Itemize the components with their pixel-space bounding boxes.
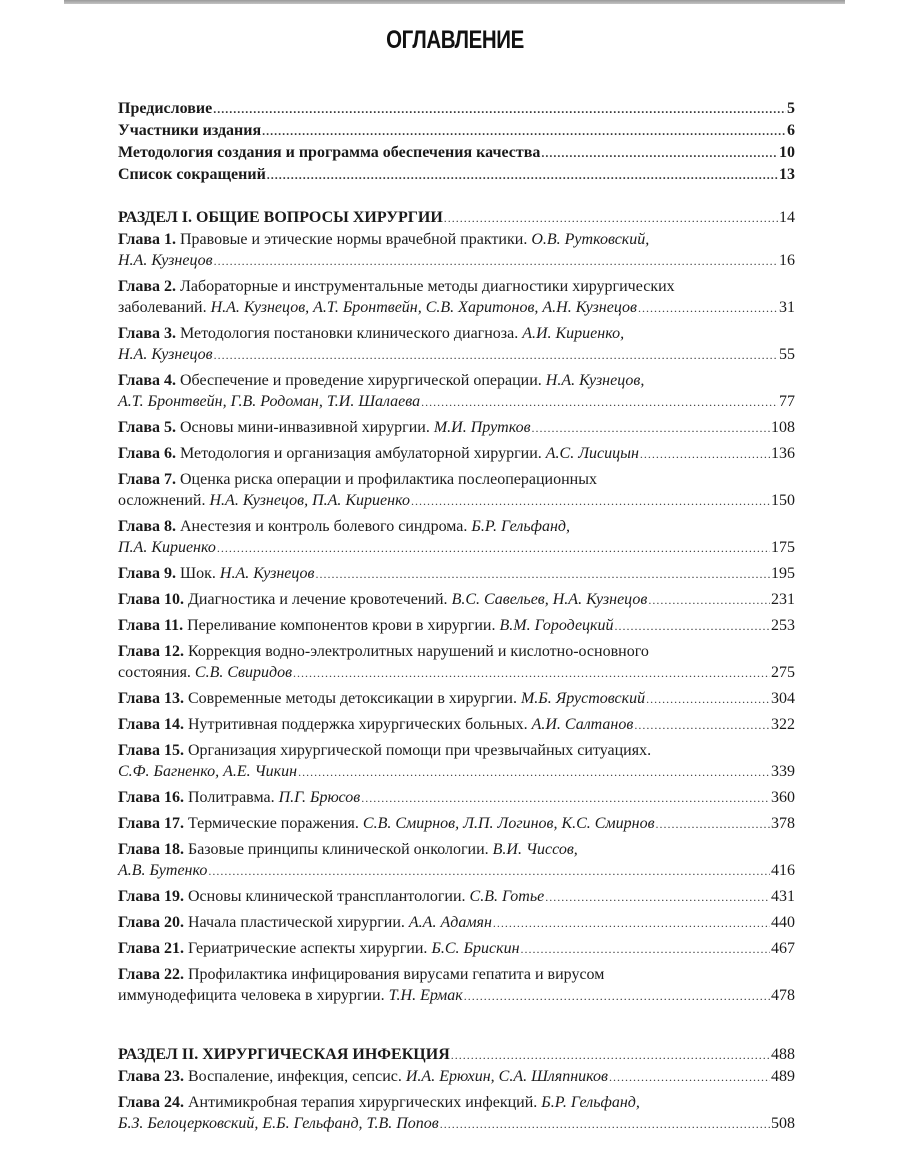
chapter-entry[interactable]: Глава 6. Методология и организация амбул… xyxy=(118,443,795,465)
page-number: 10 xyxy=(779,142,795,163)
toc-line[interactable]: А.В. Бутенко416 xyxy=(118,860,795,882)
chapter-authors: Н.А. Кузнецов, П.А. Кириенко xyxy=(210,492,410,509)
toc-line[interactable]: Глава 20. Начала пластической хирургии. … xyxy=(118,912,795,934)
entry-text: Глава 5. Основы мини-инвазивной хирургии… xyxy=(118,417,531,438)
dot-leader xyxy=(214,345,778,366)
table-of-contents: Предисловие5Участники издания6Методологи… xyxy=(118,98,795,1139)
dot-leader xyxy=(208,861,770,882)
chapter-number: Глава 7. xyxy=(118,471,180,488)
dot-leader xyxy=(451,1045,770,1066)
toc-line[interactable]: Глава 16. Политравма. П.Г. Брюсов360 xyxy=(118,787,795,809)
chapter-title: Оценка риска операции и профилактика пос… xyxy=(180,471,597,488)
toc-line[interactable]: Глава 6. Методология и организация амбул… xyxy=(118,443,795,465)
chapter-authors: Б.З. Белоцерковский, Е.Б. Гельфанд, Т.В.… xyxy=(118,1115,439,1132)
toc-line[interactable]: Глава 23. Воспаление, инфекция, сепсис. … xyxy=(118,1066,795,1088)
top-border xyxy=(64,0,845,4)
page-number: 378 xyxy=(771,813,795,834)
dot-leader xyxy=(267,165,778,186)
front-matter: Предисловие5Участники издания6Методологи… xyxy=(118,98,795,186)
toc-line[interactable]: Участники издания6 xyxy=(118,120,795,142)
chapter-title: Воспаление, инфекция, сепсис. xyxy=(188,1068,406,1085)
entry-text: Глава 23. Воспаление, инфекция, сепсис. … xyxy=(118,1066,608,1087)
entry-text: Н.А. Кузнецов xyxy=(118,250,213,271)
chapter-authors: А.И. Кириенко, xyxy=(522,325,624,342)
chapter-title-cont: осложнений. xyxy=(118,492,210,509)
toc-line[interactable]: Глава 5. Основы мини-инвазивной хирургии… xyxy=(118,417,795,439)
dot-leader xyxy=(609,1067,770,1088)
chapter-authors: С.Ф. Багненко, А.Е. Чикин xyxy=(118,763,297,780)
toc-line[interactable]: Б.З. Белоцерковский, Е.Б. Гельфанд, Т.В.… xyxy=(118,1113,795,1135)
entry-text: Глава 19. Основы клинической транспланто… xyxy=(118,886,544,907)
toc-line[interactable]: Н.А. Кузнецов16 xyxy=(118,250,795,272)
chapter-title: Антимикробная терапия хирургических инфе… xyxy=(188,1094,541,1111)
page-number: 5 xyxy=(787,98,795,119)
chapter-entry[interactable]: Глава 11. Переливание компонентов крови … xyxy=(118,615,795,637)
page-number: 488 xyxy=(771,1044,795,1065)
dot-leader xyxy=(646,689,770,710)
chapter-number: Глава 6. xyxy=(118,445,180,462)
page-number: 253 xyxy=(771,615,795,636)
chapter-number: Глава 1. xyxy=(118,231,180,248)
chapter-entry[interactable]: Глава 8. Анестезия и контроль болевого с… xyxy=(118,516,795,559)
dot-leader xyxy=(640,444,770,465)
dot-leader xyxy=(634,715,770,736)
toc-line[interactable]: осложнений. Н.А. Кузнецов, П.А. Кириенко… xyxy=(118,490,795,512)
entry-text: Глава 10. Диагностика и лечение кровотеч… xyxy=(118,589,647,610)
chapter-title: Шок. xyxy=(180,565,220,582)
chapter-first-line: Глава 8. Анестезия и контроль болевого с… xyxy=(118,516,795,537)
chapter-authors: Б.С. Брискин xyxy=(431,940,519,957)
dot-leader xyxy=(444,208,778,229)
chapter-authors: П.А. Кириенко xyxy=(118,539,216,556)
section-2: РАЗДЕЛ II. ХИРУРГИЧЕСКАЯ ИНФЕКЦИЯ488Глав… xyxy=(118,1044,795,1135)
entry-text: заболеваний. Н.А. Кузнецов, А.Т. Бронтве… xyxy=(118,297,637,318)
chapter-entry[interactable]: Глава 20. Начала пластической хирургии. … xyxy=(118,912,795,934)
dot-leader xyxy=(464,986,770,1007)
entry-label: Список сокращений xyxy=(118,166,266,183)
chapter-entry[interactable]: Глава 16. Политравма. П.Г. Брюсов360 xyxy=(118,787,795,809)
chapter-authors: М.И. Прутков xyxy=(434,419,531,436)
section-1: РАЗДЕЛ I. ОБЩИЕ ВОПРОСЫ ХИРУРГИИ14Глава … xyxy=(118,207,795,1007)
page-number: 108 xyxy=(771,417,795,438)
entry-text: С.Ф. Багненко, А.Е. Чикин xyxy=(118,761,297,782)
dot-leader xyxy=(615,616,770,637)
chapter-first-line: Глава 12. Коррекция водно-электролитных … xyxy=(118,641,795,662)
page-number: 55 xyxy=(779,344,795,365)
chapter-title-cont: иммунодефицита человека в хирургии. xyxy=(118,987,389,1004)
page-number: 322 xyxy=(771,714,795,735)
chapter-first-line: Глава 24. Антимикробная терапия хирургич… xyxy=(118,1092,795,1113)
toc-line[interactable]: Методология создания и программа обеспеч… xyxy=(118,142,795,164)
chapter-authors: С.В. Готье xyxy=(470,888,545,905)
chapter-entry[interactable]: Глава 22. Профилактика инфицирования вир… xyxy=(118,964,795,1007)
toc-line[interactable]: С.Ф. Багненко, А.Е. Чикин339 xyxy=(118,761,795,783)
chapter-entry[interactable]: Глава 9. Шок. Н.А. Кузнецов195 xyxy=(118,563,795,585)
page-number: 416 xyxy=(771,860,795,881)
entry-text: Глава 9. Шок. Н.А. Кузнецов xyxy=(118,563,315,584)
page-number: 31 xyxy=(779,297,795,318)
page-number: 175 xyxy=(771,537,795,558)
chapter-number: Глава 13. xyxy=(118,690,188,707)
page-number: 231 xyxy=(771,589,795,610)
chapter-authors: О.В. Рутковский, xyxy=(531,231,649,248)
dot-leader xyxy=(262,121,786,142)
entry-text: А.Т. Бронтвейн, Г.В. Родоман, Т.И. Шалае… xyxy=(118,391,420,412)
chapter-entry[interactable]: Глава 24. Антимикробная терапия хирургич… xyxy=(118,1092,795,1135)
toc-line[interactable]: иммунодефицита человека в хирургии. Т.Н.… xyxy=(118,985,795,1007)
dot-leader xyxy=(411,491,770,512)
chapter-title: Методология постановки клинического диаг… xyxy=(180,325,522,342)
chapter-title: Коррекция водно-электролитных нарушений … xyxy=(188,643,649,660)
page-number: 150 xyxy=(771,490,795,511)
page-number: 431 xyxy=(771,886,795,907)
section-heading-line[interactable]: РАЗДЕЛ I. ОБЩИЕ ВОПРОСЫ ХИРУРГИИ14 xyxy=(118,207,795,229)
toc-line[interactable]: Н.А. Кузнецов55 xyxy=(118,344,795,366)
chapter-entry[interactable]: Глава 2. Лабораторные и инструментальные… xyxy=(118,276,795,319)
chapter-title: Основы клинической трансплантологии. xyxy=(188,888,470,905)
entry-text: Б.З. Белоцерковский, Е.Б. Гельфанд, Т.В.… xyxy=(118,1113,439,1134)
chapter-title: Лабораторные и инструментальные методы д… xyxy=(180,278,675,295)
chapter-entry[interactable]: Глава 10. Диагностика и лечение кровотеч… xyxy=(118,589,795,611)
toc-line[interactable]: Глава 17. Термические поражения. С.В. См… xyxy=(118,813,795,835)
chapter-authors: В.С. Савельев, Н.А. Кузнецов xyxy=(452,591,648,608)
entry-text: П.А. Кириенко xyxy=(118,537,216,558)
dot-leader xyxy=(217,538,770,559)
entry-text: Глава 20. Начала пластической хирургии. … xyxy=(118,912,492,933)
entry-text: Н.А. Кузнецов xyxy=(118,344,213,365)
chapter-entry[interactable]: Глава 1. Правовые и этические нормы врач… xyxy=(118,229,795,272)
chapter-title: Методология и организация амбулаторной х… xyxy=(180,445,546,462)
chapter-title: Диагностика и лечение кровотечений. xyxy=(188,591,452,608)
chapter-authors: Н.А. Кузнецов xyxy=(118,252,213,269)
chapter-title: Организация хирургической помощи при чре… xyxy=(188,742,651,759)
entry-text: Глава 11. Переливание компонентов крови … xyxy=(118,615,614,636)
dot-leader xyxy=(316,564,771,585)
toc-line[interactable]: Глава 14. Нутритивная поддержка хирургич… xyxy=(118,714,795,736)
toc-line[interactable]: Глава 9. Шок. Н.А. Кузнецов195 xyxy=(118,563,795,585)
chapter-authors: С.В. Свиридов xyxy=(195,664,292,681)
page-number: 467 xyxy=(771,938,795,959)
dot-leader xyxy=(532,418,770,439)
dot-leader xyxy=(493,913,770,934)
chapter-entry[interactable]: Глава 19. Основы клинической транспланто… xyxy=(118,886,795,908)
entry-label: Методология создания и программа обеспеч… xyxy=(118,144,540,161)
dot-leader xyxy=(213,99,786,120)
chapter-title: Анестезия и контроль болевого синдрома. xyxy=(180,518,471,535)
chapter-first-line: Глава 2. Лабораторные и инструментальные… xyxy=(118,276,795,297)
entry-text: Участники издания xyxy=(118,120,261,141)
dot-leader xyxy=(648,590,770,611)
entry-text: А.В. Бутенко xyxy=(118,860,207,881)
entry-text: Глава 17. Термические поражения. С.В. См… xyxy=(118,813,655,834)
chapter-authors: В.И. Чиссов, xyxy=(493,841,578,858)
entry-text: состояния. С.В. Свиридов xyxy=(118,662,292,683)
chapter-number: Глава 18. xyxy=(118,841,188,858)
entry-text: РАЗДЕЛ I. ОБЩИЕ ВОПРОСЫ ХИРУРГИИ xyxy=(118,207,443,228)
chapter-first-line: Глава 7. Оценка риска операции и профила… xyxy=(118,469,795,490)
dot-leader xyxy=(638,298,778,319)
entry-text: Глава 14. Нутритивная поддержка хирургич… xyxy=(118,714,633,735)
section-heading: РАЗДЕЛ I. ОБЩИЕ ВОПРОСЫ ХИРУРГИИ xyxy=(118,209,443,226)
chapter-title: Переливание компонентов крови в хирургии… xyxy=(187,617,499,634)
chapter-title: Профилактика инфицирования вирусами гепа… xyxy=(188,966,604,983)
toc-line[interactable]: Глава 10. Диагностика и лечение кровотеч… xyxy=(118,589,795,611)
chapter-number: Глава 16. xyxy=(118,789,188,806)
dot-leader xyxy=(293,663,770,684)
page-number: 14 xyxy=(779,207,795,228)
toc-line[interactable]: Глава 19. Основы клинической транспланто… xyxy=(118,886,795,908)
chapter-number: Глава 17. xyxy=(118,815,188,832)
page-number: 360 xyxy=(771,787,795,808)
chapter-authors: С.В. Смирнов, Л.П. Логинов, К.С. Смирнов xyxy=(363,815,655,832)
chapter-authors: Б.Р. Гельфанд, xyxy=(541,1094,640,1111)
page-number: 304 xyxy=(771,688,795,709)
page-number: 16 xyxy=(779,250,795,271)
entry-text: Глава 16. Политравма. П.Г. Брюсов xyxy=(118,787,360,808)
chapter-title: Начала пластической хирургии. xyxy=(188,914,409,931)
entry-text: Глава 6. Методология и организация амбул… xyxy=(118,443,639,464)
entry-text: иммунодефицита человека в хирургии. Т.Н.… xyxy=(118,985,463,1006)
chapter-number: Глава 20. xyxy=(118,914,188,931)
chapter-number: Глава 19. xyxy=(118,888,188,905)
chapter-first-line: Глава 18. Базовые принципы клинической о… xyxy=(118,839,795,860)
dot-leader xyxy=(421,392,778,413)
dot-leader xyxy=(656,814,770,835)
chapter-authors: П.Г. Брюсов xyxy=(279,789,361,806)
chapter-entry[interactable]: Глава 18. Базовые принципы клинической о… xyxy=(118,839,795,882)
chapter-title: Базовые принципы клинической онкологии. xyxy=(188,841,493,858)
chapter-number: Глава 22. xyxy=(118,966,188,983)
chapter-entry[interactable]: Глава 21. Гериатрические аспекты хирурги… xyxy=(118,938,795,960)
chapter-authors: А.Т. Бронтвейн, Г.В. Родоман, Т.И. Шалае… xyxy=(118,393,420,410)
page-number: 440 xyxy=(771,912,795,933)
entry-text: РАЗДЕЛ II. ХИРУРГИЧЕСКАЯ ИНФЕКЦИЯ xyxy=(118,1044,450,1065)
chapter-entry[interactable]: Глава 7. Оценка риска операции и профила… xyxy=(118,469,795,512)
page-number: 508 xyxy=(771,1113,795,1134)
toc-line[interactable]: состояния. С.В. Свиридов275 xyxy=(118,662,795,684)
entry-text: Предисловие xyxy=(118,98,212,119)
section-heading: РАЗДЕЛ II. ХИРУРГИЧЕСКАЯ ИНФЕКЦИЯ xyxy=(118,1046,450,1063)
chapter-number: Глава 12. xyxy=(118,643,188,660)
entry-text: Методология создания и программа обеспеч… xyxy=(118,142,540,163)
chapter-entry[interactable]: Глава 14. Нутритивная поддержка хирургич… xyxy=(118,714,795,736)
toc-line[interactable]: А.Т. Бронтвейн, Г.В. Родоман, Т.И. Шалае… xyxy=(118,391,795,413)
chapter-first-line: Глава 4. Обеспечение и проведение хирург… xyxy=(118,370,795,391)
chapter-authors: Н.А. Кузнецов, xyxy=(546,372,645,389)
chapter-number: Глава 2. xyxy=(118,278,180,295)
entry-text: Список сокращений xyxy=(118,164,266,185)
page-number: 489 xyxy=(771,1066,795,1087)
page-number: 195 xyxy=(771,563,795,584)
toc-line[interactable]: Глава 11. Переливание компонентов крови … xyxy=(118,615,795,637)
chapter-title: Основы мини-инвазивной хирургии. xyxy=(180,419,434,436)
chapter-number: Глава 14. xyxy=(118,716,188,733)
chapter-number: Глава 11. xyxy=(118,617,187,634)
toc-line[interactable]: Предисловие5 xyxy=(118,98,795,120)
page-number: 136 xyxy=(771,443,795,464)
chapter-number: Глава 4. xyxy=(118,372,180,389)
dot-leader xyxy=(361,788,770,809)
chapter-authors: А.В. Бутенко xyxy=(118,862,207,879)
chapter-number: Глава 21. xyxy=(118,940,188,957)
chapter-entry[interactable]: Глава 5. Основы мини-инвазивной хирургии… xyxy=(118,417,795,439)
entry-label: Участники издания xyxy=(118,122,261,139)
page-number: 77 xyxy=(779,391,795,412)
chapter-title-cont: состояния. xyxy=(118,664,195,681)
chapter-first-line: Глава 1. Правовые и этические нормы врач… xyxy=(118,229,795,250)
chapter-authors: Б.Р. Гельфанд, xyxy=(471,518,570,535)
entry-text: осложнений. Н.А. Кузнецов, П.А. Кириенко xyxy=(118,490,410,511)
chapter-authors: М.Б. Ярустовский xyxy=(521,690,645,707)
chapter-authors: И.А. Ерюхин, С.А. Шляпников xyxy=(406,1068,608,1085)
dot-leader xyxy=(545,887,770,908)
entry-label: Предисловие xyxy=(118,100,212,117)
chapter-authors: Н.А. Кузнецов xyxy=(220,565,315,582)
chapter-title: Гериатрические аспекты хирургии. xyxy=(188,940,431,957)
dot-leader xyxy=(440,1114,770,1135)
page-number: 13 xyxy=(779,164,795,185)
chapter-entry[interactable]: Глава 13. Современные методы детоксикаци… xyxy=(118,688,795,710)
page-number: 339 xyxy=(771,761,795,782)
dot-leader xyxy=(521,939,770,960)
chapter-entry[interactable]: Глава 3. Методология постановки клиничес… xyxy=(118,323,795,366)
chapter-number: Глава 23. xyxy=(118,1068,188,1085)
chapter-number: Глава 24. xyxy=(118,1094,188,1111)
chapter-first-line: Глава 15. Организация хирургической помо… xyxy=(118,740,795,761)
chapter-number: Глава 5. xyxy=(118,419,180,436)
chapter-authors: Т.Н. Ермак xyxy=(389,987,463,1004)
chapter-number: Глава 9. xyxy=(118,565,180,582)
chapter-title: Обеспечение и проведение хирургической о… xyxy=(180,372,546,389)
page-number: 478 xyxy=(771,985,795,1006)
chapter-first-line: Глава 22. Профилактика инфицирования вир… xyxy=(118,964,795,985)
dot-leader xyxy=(298,762,770,783)
chapter-entry[interactable]: Глава 23. Воспаление, инфекция, сепсис. … xyxy=(118,1066,795,1088)
page-number: 275 xyxy=(771,662,795,683)
chapter-authors: А.С. Лисицын xyxy=(546,445,639,462)
chapter-entry[interactable]: Глава 17. Термические поражения. С.В. См… xyxy=(118,813,795,835)
entry-text: Глава 21. Гериатрические аспекты хирурги… xyxy=(118,938,520,959)
chapter-number: Глава 8. xyxy=(118,518,180,535)
chapter-entry[interactable]: Глава 4. Обеспечение и проведение хирург… xyxy=(118,370,795,413)
chapter-number: Глава 3. xyxy=(118,325,180,342)
chapter-title-cont: заболеваний. xyxy=(118,299,211,316)
page-number: 6 xyxy=(787,120,795,141)
chapter-authors: А.И. Салтанов xyxy=(532,716,634,733)
chapter-number: Глава 10. xyxy=(118,591,188,608)
toc-line[interactable]: Глава 13. Современные методы детоксикаци… xyxy=(118,688,795,710)
toc-line[interactable]: П.А. Кириенко175 xyxy=(118,537,795,559)
chapter-entry[interactable]: Глава 12. Коррекция водно-электролитных … xyxy=(118,641,795,684)
entry-text: Глава 13. Современные методы детоксикаци… xyxy=(118,688,645,709)
chapter-title: Политравма. xyxy=(188,789,279,806)
page-title: ОГЛАВЛЕНИЕ xyxy=(82,26,828,55)
chapter-authors: В.М. Городецкий xyxy=(499,617,613,634)
chapter-title: Термические поражения. xyxy=(188,815,363,832)
toc-line[interactable]: Список сокращений13 xyxy=(118,164,795,186)
toc-line[interactable]: Глава 21. Гериатрические аспекты хирурги… xyxy=(118,938,795,960)
chapter-entry[interactable]: Глава 15. Организация хирургической помо… xyxy=(118,740,795,783)
dot-leader xyxy=(541,143,778,164)
section-heading-line[interactable]: РАЗДЕЛ II. ХИРУРГИЧЕСКАЯ ИНФЕКЦИЯ488 xyxy=(118,1044,795,1066)
chapter-number: Глава 15. xyxy=(118,742,188,759)
chapter-authors: Н.А. Кузнецов xyxy=(118,346,213,363)
chapter-authors: А.А. Адамян xyxy=(409,914,492,931)
dot-leader xyxy=(214,251,778,272)
chapter-title: Нутритивная поддержка хирургических боль… xyxy=(188,716,532,733)
chapter-title: Правовые и этические нормы врачебной пра… xyxy=(180,231,531,248)
chapter-first-line: Глава 3. Методология постановки клиничес… xyxy=(118,323,795,344)
chapter-authors: Н.А. Кузнецов, А.Т. Бронтвейн, С.В. Хари… xyxy=(211,299,637,316)
toc-line[interactable]: заболеваний. Н.А. Кузнецов, А.Т. Бронтве… xyxy=(118,297,795,319)
chapter-title: Современные методы детоксикации в хирург… xyxy=(188,690,521,707)
